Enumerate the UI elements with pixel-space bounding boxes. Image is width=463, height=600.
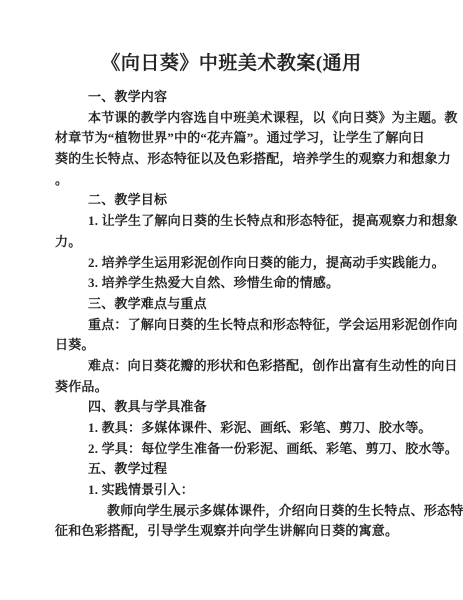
- body-line: 葵作品。: [55, 377, 423, 398]
- section-heading: 三、教学难点与重点: [55, 294, 423, 315]
- body-line: 。: [55, 170, 423, 191]
- section-heading: 五、教学过程: [55, 459, 423, 480]
- section-heading: 四、教具与学具准备: [55, 397, 423, 418]
- body-line: 1. 让学生了解向日葵的生长特点和形态特征，提高观察力和想象: [55, 211, 423, 232]
- body-line: 1. 教具：多媒体课件、彩泥、画纸、彩笔、剪刀、胶水等。: [55, 418, 423, 439]
- body-line: 葵的生长特点、形态特征以及色彩搭配，培养学生的观察力和想象力: [55, 149, 423, 170]
- section-heading: 一、教学内容: [55, 87, 423, 108]
- body-line: 征和色彩搭配，引导学生观察并向学生讲解向日葵的寓意。: [55, 521, 423, 542]
- document-title: 《向日葵》中班美术教案(通用: [0, 51, 463, 77]
- body-line: 2. 学具：每位学生准备一份彩泥、画纸、彩笔、剪刀、胶水等。: [55, 439, 423, 460]
- document-body: 一、教学内容本节课的教学内容选自中班美术课程，以《向日葵》为主题。教材章节为“植…: [0, 87, 463, 542]
- body-line: 1. 实践情景引入：: [55, 480, 423, 501]
- body-line: 3. 培养学生热爱大自然、珍惜生命的情感。: [55, 273, 423, 294]
- body-line: 重点：了解向日葵的生长特点和形态特征，学会运用彩泥创作向: [55, 315, 423, 336]
- body-line: 难点：向日葵花瓣的形状和色彩搭配，创作出富有生动性的向日: [55, 356, 423, 377]
- body-line: 材章节为“植物世界”中的“花卉篇”。通过学习，让学生了解向日: [55, 128, 423, 149]
- body-line: 日葵。: [55, 335, 423, 356]
- document-page: 《向日葵》中班美术教案(通用 一、教学内容本节课的教学内容选自中班美术课程，以《…: [0, 0, 463, 600]
- body-line: 2. 培养学生运用彩泥创作向日葵的能力，提高动手实践能力。: [55, 253, 423, 274]
- body-line: 力。: [55, 232, 423, 253]
- body-line: 教师向学生展示多媒体课件，介绍向日葵的生长特点、形态特: [55, 501, 423, 522]
- body-line: 本节课的教学内容选自中班美术课程，以《向日葵》为主题。教: [55, 108, 423, 129]
- section-heading: 二、教学目标: [55, 190, 423, 211]
